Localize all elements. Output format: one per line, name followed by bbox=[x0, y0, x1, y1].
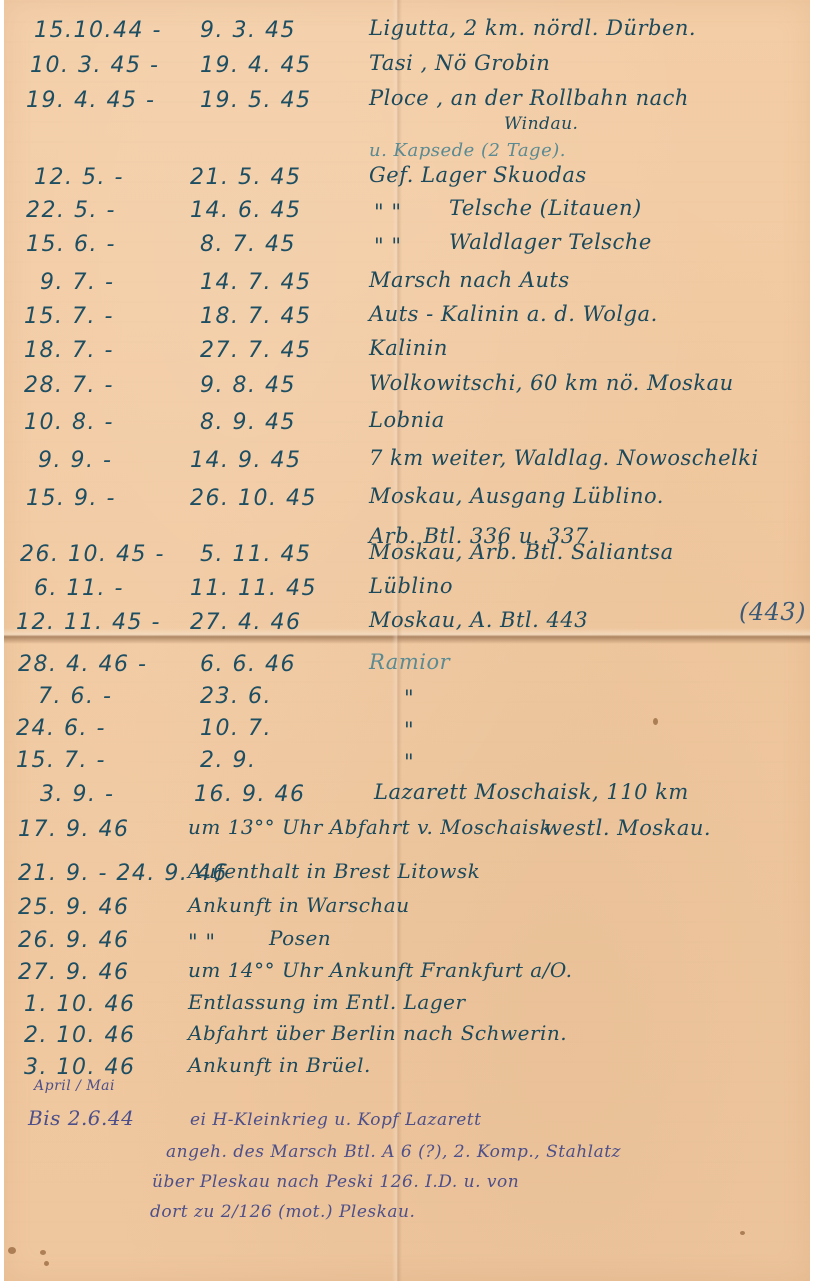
date-to: 27. 4. 46 bbox=[190, 610, 301, 635]
annotation-number: (443) bbox=[739, 598, 806, 626]
date-from: 7. 6. - bbox=[38, 684, 112, 709]
place-text-continued: u. Kapsede (2 Tage). bbox=[369, 140, 566, 161]
place-text: Tasi , Nö Grobin bbox=[369, 51, 550, 75]
stain bbox=[653, 718, 658, 725]
date-to: 27. 7. 45 bbox=[200, 338, 311, 363]
date-to: 19. 4. 45 bbox=[200, 53, 311, 78]
date-to: 8. 9. 45 bbox=[200, 410, 296, 435]
place-text: Lazarett Moschaisk, 110 km bbox=[374, 780, 689, 804]
place-text: Gef. Lager Skuodas bbox=[369, 163, 587, 187]
date-to: 16. 9. 46 bbox=[194, 782, 305, 807]
date-from: 2. 10. 46 bbox=[24, 1023, 135, 1048]
date-from: 9. 7. - bbox=[40, 270, 114, 295]
stain bbox=[44, 1261, 49, 1266]
place-text: Waldlager Telsche bbox=[449, 230, 652, 254]
place-text: Posen bbox=[269, 926, 331, 950]
date-from: 17. 9. 46 bbox=[18, 817, 129, 842]
stain bbox=[8, 1247, 16, 1254]
place-text-continued: westl. Moskau. bbox=[544, 816, 711, 840]
ditto-mark: " bbox=[404, 686, 414, 710]
vertical-fold bbox=[392, 0, 402, 1281]
place-text: um 14°° Uhr Ankunft Frankfurt a/O. bbox=[188, 958, 573, 982]
date-from: 27. 9. 46 bbox=[18, 960, 129, 985]
place-text: Ramior bbox=[369, 650, 450, 674]
ditto-mark: " bbox=[404, 750, 414, 774]
ditto-mark: " " bbox=[374, 234, 402, 258]
place-text: Moskau, Arb. Btl. Saliantsa bbox=[369, 540, 674, 564]
place-text: Ligutta, 2 km. nördl. Dürben. bbox=[369, 16, 696, 40]
date-from: 6. 11. - bbox=[34, 576, 124, 601]
place-text: Entlassung im Entl. Lager bbox=[188, 990, 466, 1014]
date-from: 26. 9. 46 bbox=[18, 928, 129, 953]
date-from: 18. 7. - bbox=[24, 338, 114, 363]
place-text: Marsch nach Auts bbox=[369, 268, 570, 292]
date-to: 10. 7. bbox=[200, 716, 272, 741]
date-from: 12. 5. - bbox=[34, 165, 124, 190]
place-text: Moskau, A. Btl. 443 bbox=[369, 608, 588, 632]
date-to: 14. 6. 45 bbox=[190, 198, 301, 223]
date-from: 15. 7. - bbox=[16, 748, 106, 773]
footnote-label: April / Mai bbox=[34, 1078, 115, 1094]
date-from: 15. 9. - bbox=[26, 486, 116, 511]
ditto-mark: " " bbox=[374, 200, 402, 224]
date-to: 5. 11. 45 bbox=[200, 542, 311, 567]
paper-sheet: 15.10.44 -9. 3. 45Ligutta, 2 km. nördl. … bbox=[4, 0, 810, 1281]
footnote-line: dort zu 2/126 (mot.) Pleskau. bbox=[150, 1202, 415, 1222]
date-to: 23. 6. bbox=[200, 684, 272, 709]
date-to: 11. 11. 45 bbox=[190, 576, 317, 601]
date-from: 24. 6. - bbox=[16, 716, 106, 741]
date-from: 12. 11. 45 - bbox=[16, 610, 161, 635]
date-to: 9. 3. 45 bbox=[200, 18, 296, 43]
stain bbox=[740, 1231, 745, 1235]
date-to: 18. 7. 45 bbox=[200, 304, 311, 329]
date-to: 8. 7. 45 bbox=[200, 232, 296, 257]
date-from: 3. 10. 46 bbox=[24, 1055, 135, 1080]
place-text: um 13°° Uhr Abfahrt v. Moschaisk bbox=[188, 815, 552, 839]
footnote-line: ei H-Kleinkrieg u. Kopf Lazarett bbox=[190, 1110, 481, 1130]
place-text: Ploce , an der Rollbahn nach bbox=[369, 86, 689, 110]
date-from: 25. 9. 46 bbox=[18, 895, 129, 920]
date-from: 3. 9. - bbox=[40, 782, 114, 807]
date-to: 14. 7. 45 bbox=[200, 270, 311, 295]
place-text: Lüblino bbox=[369, 574, 453, 598]
place-text: Abfahrt über Berlin nach Schwerin. bbox=[188, 1021, 567, 1045]
date-from: 1. 10. 46 bbox=[24, 992, 135, 1017]
date-to: 26. 10. 45 bbox=[190, 486, 317, 511]
ditto-mark: " " bbox=[188, 930, 216, 954]
date-from: 19. 4. 45 - bbox=[26, 88, 155, 113]
place-text: Kalinin bbox=[369, 336, 448, 360]
stain bbox=[40, 1250, 46, 1255]
place-text: Lobnia bbox=[369, 408, 445, 432]
date-from: 10. 8. - bbox=[24, 410, 114, 435]
date-from: 28. 4. 46 - bbox=[18, 652, 147, 677]
date-to: 6. 6. 46 bbox=[200, 652, 296, 677]
place-text: Ankunft in Warschau bbox=[188, 893, 410, 917]
date-to: 9. 8. 45 bbox=[200, 373, 296, 398]
place-text: Telsche (Litauen) bbox=[449, 196, 642, 220]
date-from: 15. 7. - bbox=[24, 304, 114, 329]
ditto-mark: " bbox=[404, 718, 414, 742]
date-to: 14. 9. 45 bbox=[190, 448, 301, 473]
date-from: 15.10.44 - bbox=[34, 18, 162, 43]
date-from: 9. 9. - bbox=[38, 448, 112, 473]
date-to: 19. 5. 45 bbox=[200, 88, 311, 113]
date-from: 15. 6. - bbox=[26, 232, 116, 257]
place-text-continued: Windau. bbox=[504, 114, 578, 134]
place-text: Wolkowitschi, 60 km nö. Moskau bbox=[369, 371, 734, 395]
place-text: Ankunft in Brüel. bbox=[188, 1053, 371, 1077]
date-from: 22. 5. - bbox=[26, 198, 116, 223]
footnote-line: angeh. des Marsch Btl. A 6 (?), 2. Komp.… bbox=[166, 1142, 621, 1162]
footnote-line: über Pleskau nach Peski 126. I.D. u. von bbox=[152, 1172, 519, 1192]
date-from: 26. 10. 45 - bbox=[20, 542, 165, 567]
date-from: 28. 7. - bbox=[24, 373, 114, 398]
place-text: Auts - Kalinin a. d. Wolga. bbox=[369, 302, 658, 326]
date-from: 10. 3. 45 - bbox=[30, 53, 159, 78]
place-text: Moskau, Ausgang Lüblino. bbox=[369, 484, 664, 508]
place-text: 7 km weiter, Waldlag. Nowoschelki bbox=[369, 446, 759, 470]
date-to: 2. 9. bbox=[200, 748, 256, 773]
place-text: Aufenthalt in Brest Litowsk bbox=[188, 859, 480, 883]
footnote-date: Bis 2.6.44 bbox=[28, 1106, 134, 1130]
date-to: 21. 5. 45 bbox=[190, 165, 301, 190]
